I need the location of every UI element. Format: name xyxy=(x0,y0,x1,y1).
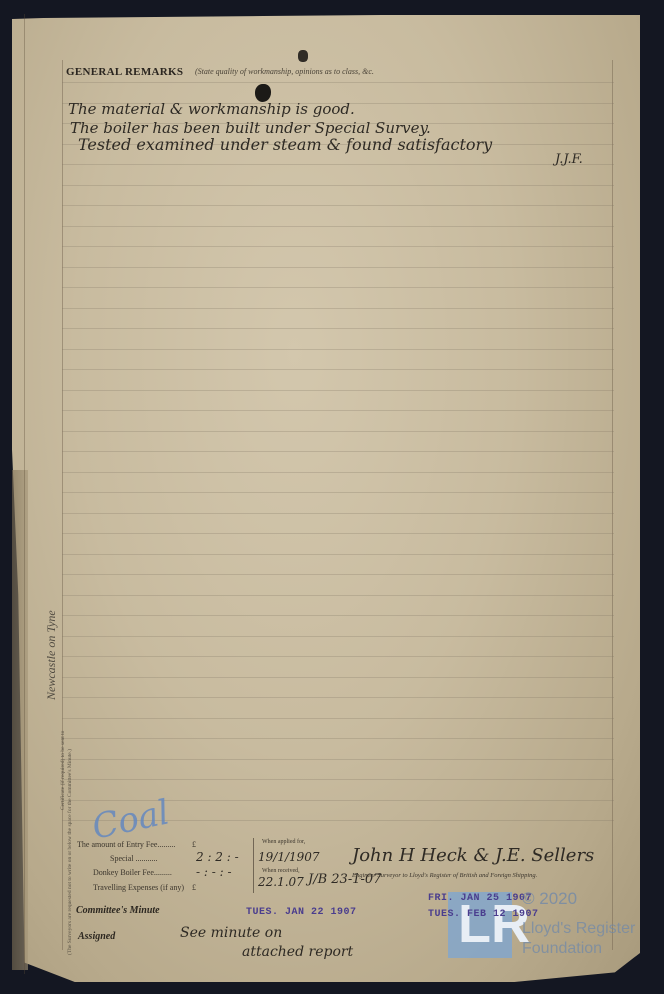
remark-initials: J.J.F. xyxy=(555,152,583,167)
surveyor-signature: John H Heck & J.E. Sellers xyxy=(352,845,594,866)
ruled-line xyxy=(62,308,614,309)
currency-symbol: £ xyxy=(192,883,196,892)
fold-line xyxy=(24,14,25,974)
applied-date: 19/1/1907 xyxy=(258,850,320,864)
special-fee-value: 2 : 2 : - xyxy=(196,850,239,864)
ruled-line xyxy=(62,451,614,452)
general-remarks-instruction: (State quality of workmanship, opinions … xyxy=(195,67,374,76)
ruled-line xyxy=(62,226,614,227)
committee-minute-stamp: TUES. JAN 22 1907 xyxy=(246,907,357,918)
ruled-line xyxy=(62,492,614,493)
frame-left xyxy=(62,60,63,950)
currency-symbol: £ xyxy=(192,840,196,849)
ruled-line xyxy=(62,185,614,186)
ruled-line xyxy=(62,267,614,268)
ruled-line xyxy=(62,287,614,288)
ruled-line xyxy=(62,677,614,678)
general-remarks-heading: GENERAL REMARKS xyxy=(66,66,183,78)
ruled-line xyxy=(62,738,614,739)
ruled-line xyxy=(62,697,614,698)
fee-divider xyxy=(253,838,254,893)
surveyor-title: Engineer Surveyor to Lloyd's Register of… xyxy=(352,872,537,879)
remark-line-1: The material & workmanship is good. xyxy=(68,100,355,118)
ruled-line xyxy=(62,328,614,329)
ruled-line xyxy=(62,390,614,391)
received-date: 22.1.07 xyxy=(258,875,304,889)
ruled-line xyxy=(62,718,614,719)
assigned-label: Assigned xyxy=(78,931,115,942)
ruled-line xyxy=(62,431,614,432)
applied-label: When applied for, xyxy=(262,839,305,845)
ruled-line xyxy=(62,513,614,514)
ruled-line xyxy=(62,349,614,350)
ruled-line xyxy=(62,615,614,616)
ruled-line xyxy=(62,205,614,206)
received-stamp-fri: FRI. JAN 25 1907 xyxy=(428,893,532,904)
received-label: When received, xyxy=(262,868,300,874)
ruled-line xyxy=(62,246,614,247)
certificate-caption: Certificate (if required) to be sent to xyxy=(60,731,66,810)
frame-right xyxy=(612,60,613,950)
watermark-org: Lloyd's Register Foundation xyxy=(522,919,635,959)
ruled-line xyxy=(62,574,614,575)
ruled-line xyxy=(62,82,614,83)
ruled-line xyxy=(62,472,614,473)
ruled-line xyxy=(62,369,614,370)
ruled-line xyxy=(62,410,614,411)
ruled-line xyxy=(62,533,614,534)
donkey-fee-value: - : - : - xyxy=(196,865,232,879)
ruled-line xyxy=(62,759,614,760)
committee-minute-label: Committee's Minute xyxy=(76,905,160,916)
ink-blot xyxy=(298,50,308,62)
ruled-line xyxy=(62,779,614,780)
ruled-line xyxy=(62,554,614,555)
assigned-note-1: See minute on xyxy=(180,925,282,941)
ruled-line xyxy=(62,636,614,637)
watermark-org-line-1: Lloyd's Register xyxy=(522,919,635,939)
special-fee-label: Special ........... xyxy=(110,854,158,863)
surveyor-note: (The Surveyors are requested not to writ… xyxy=(67,749,73,955)
ruled-line xyxy=(62,164,614,165)
certificate-destination: Newcastle on Tyne xyxy=(44,610,59,700)
worn-edge xyxy=(12,470,28,970)
assigned-note-2: attached report xyxy=(242,944,353,960)
ruled-line xyxy=(62,656,614,657)
watermark-org-line-2: Foundation xyxy=(522,939,635,959)
remark-line-3: Tested examined under steam & found sati… xyxy=(78,135,492,154)
travelling-expenses-label: Travelling Expenses (if any) xyxy=(93,883,184,892)
donkey-boiler-fee-label: Donkey Boiler Fee......... xyxy=(93,868,172,877)
ruled-line xyxy=(62,595,614,596)
watermark-copyright: © 2020 xyxy=(522,889,577,909)
